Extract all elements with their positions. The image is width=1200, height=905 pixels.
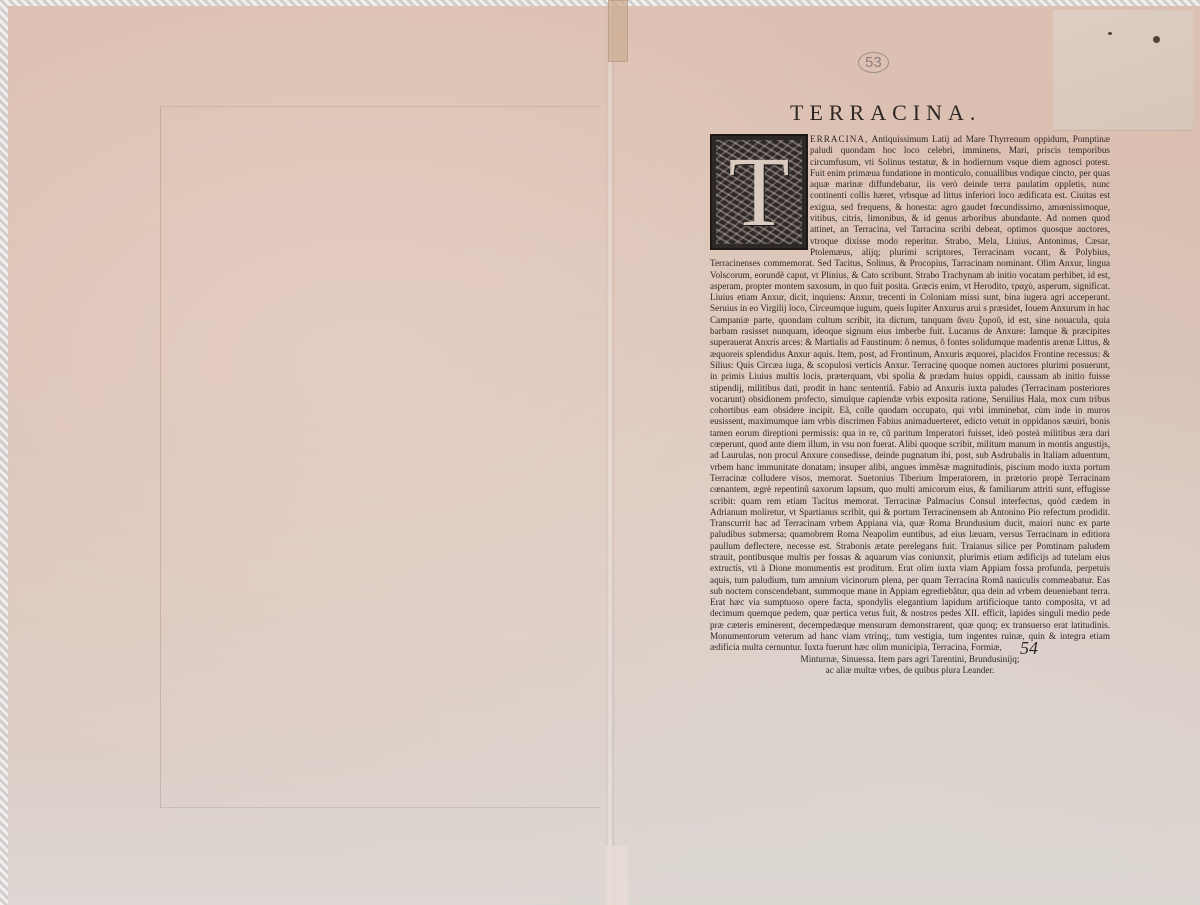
page-title: TERRACINA.	[790, 100, 981, 126]
first-word: ERRACINA,	[810, 134, 868, 144]
closing-line: ac aliæ multæ vrbes, de quibus plura Lea…	[710, 665, 1110, 676]
plate-mark	[160, 106, 601, 808]
map-sheet-verso: 53 TERRACINA. T ERRACINA, Antiquissimum …	[8, 6, 1200, 905]
page-number: 54	[1020, 638, 1038, 659]
center-fold	[606, 6, 614, 905]
left-blank-page	[8, 6, 606, 905]
closing-line: Minturnæ, Sinuessa. Item pars agri Taren…	[710, 654, 1110, 665]
latin-description: ERRACINA, Antiquissimum Latij ad Mare Th…	[710, 134, 1110, 676]
closing-lines: Minturnæ, Sinuessa. Item pars agri Taren…	[710, 654, 1110, 677]
right-text-page: 53 TERRACINA. T ERRACINA, Antiquissimum …	[614, 6, 1200, 905]
pencil-annotation: 53	[858, 52, 889, 73]
